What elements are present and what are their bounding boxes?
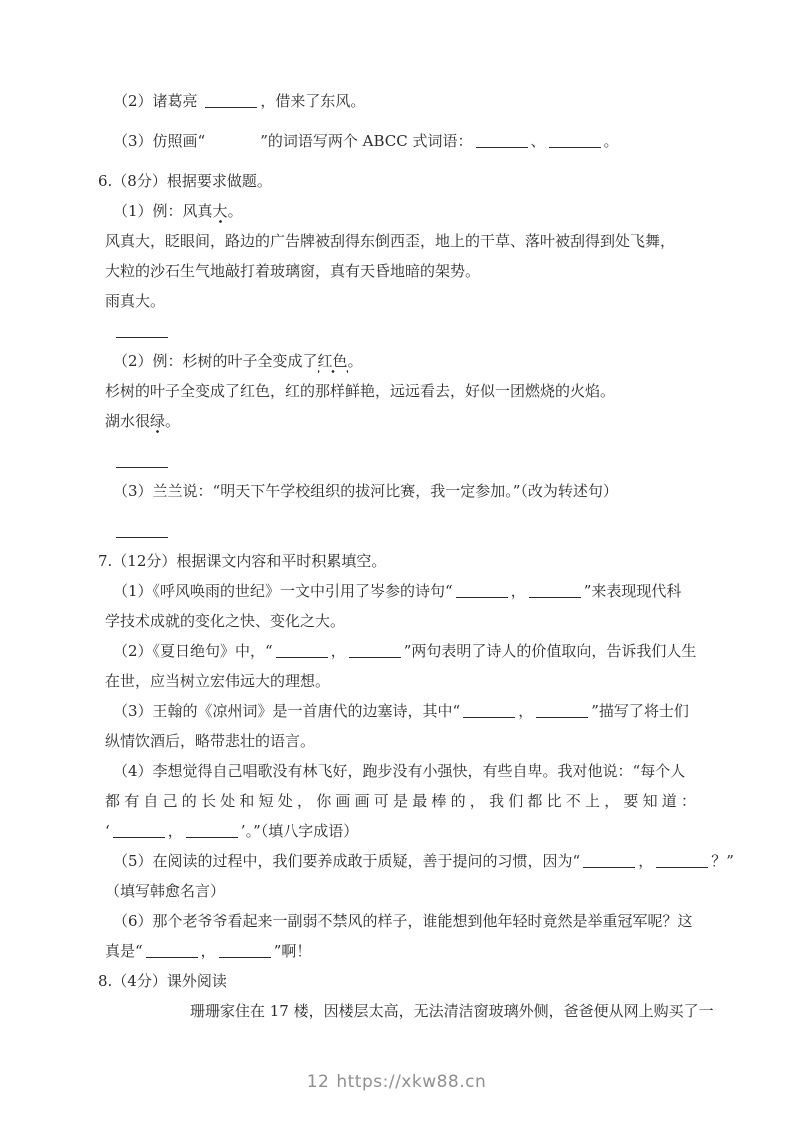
document-line <box>113 516 708 546</box>
document-line: 都有自己的长处和短处，你画画可是最棒的，我们都比不上，要知道： <box>105 786 708 816</box>
line-text: 。 <box>228 202 243 220</box>
line-text: ，借来了东风。 <box>260 92 365 110</box>
document-line: （2）例：杉树的叶子全变成了红色。 <box>113 346 708 376</box>
page-number: 12 <box>307 1072 330 1092</box>
document-line: ‘，’。”（填八字成语） <box>105 816 708 846</box>
document-line: 在世，应当树立宏伟远大的理想。 <box>105 666 708 696</box>
document-line <box>113 446 708 476</box>
document-line: （4）李想觉得自己唱歌没有林飞好，跑步没有小强快，有些自卑。我对他说：“每个人 <box>113 756 708 786</box>
line-text: 雨真大。 <box>105 292 165 310</box>
line-text: ， <box>638 852 653 870</box>
document-line: 雨真大。 <box>105 286 708 316</box>
emphasized-text: 大 <box>213 202 228 224</box>
answer-blank <box>219 944 271 958</box>
document-line: 湖水很绿。 <box>105 406 708 436</box>
line-text: 都有自己的长处和短处，你画画可是最棒的，我们都比不上，要知道： <box>105 792 700 810</box>
line-text: ”两句表明了诗人的价值取向，告诉我们人生 <box>404 642 697 660</box>
line-text: 大粒的沙石生气地敲打着玻璃窗，真有天昏地暗的架势。 <box>105 262 480 280</box>
line-text: 6.（8分）根据要求做题。 <box>98 172 272 190</box>
document-line: 风真大，眨眼间，路边的广告牌被刮得东倒西歪，地上的干草、落叶被刮得到处飞舞， <box>105 226 708 256</box>
document-line: 大粒的沙石生气地敲打着玻璃窗，真有天昏地暗的架势。 <box>105 256 708 286</box>
line-text: （2）例：杉树的叶子全变成了 <box>113 352 318 370</box>
document-line: （3）兰兰说：“明天下午学校组织的拔河比赛，我一定参加。”（改为转述句） <box>113 476 708 506</box>
line-text: （3）兰兰说：“明天下午学校组织的拔河比赛，我一定参加。”（改为转述句） <box>113 482 618 500</box>
emphasized-text: 红色 <box>318 352 348 374</box>
line-text: ， <box>331 642 346 660</box>
document-line: 纵情饮酒后，略带悲壮的语言。 <box>105 726 708 756</box>
line-text: 7.（12分）根据课文内容和平时积累填空。 <box>98 552 386 570</box>
line-text: （5）在阅读的过程中，我们要养成敢于质疑，善于提问的习惯，因为“ <box>113 852 580 870</box>
line-text: （3）仿照画“ <box>113 132 205 150</box>
document-line: 珊珊家住在 17 楼，因楼层太高，无法清洁窗玻璃外侧，爸爸便从网上购买了一 <box>190 996 708 1026</box>
document-line: 学技术成就的变化之快、变化之大。 <box>105 606 708 636</box>
line-text: 在世，应当树立宏伟远大的理想。 <box>105 672 330 690</box>
line-text: 真是“ <box>105 942 143 960</box>
line-text: 杉树的叶子全变成了红色，红的那样鲜艳，远远看去，好似一团燃烧的火焰。 <box>105 382 615 400</box>
line-text: （2）诸葛亮 <box>113 92 202 110</box>
page-footer: 12https://xkw88.cn <box>0 1072 793 1092</box>
wavy-underline-sample <box>205 134 260 148</box>
answer-blank <box>656 854 708 868</box>
answer-blank <box>549 134 601 148</box>
document-line: 7.（12分）根据课文内容和平时积累填空。 <box>98 546 708 576</box>
document-lines: （2）诸葛亮 ，借来了东风。（3）仿照画“ ”的词语写两个 ABCC 式词语：、… <box>98 86 708 1026</box>
document-line <box>113 316 708 346</box>
answer-blank <box>113 824 165 838</box>
line-text: ”啊！ <box>274 942 312 960</box>
line-text: 。 <box>165 412 180 430</box>
line-text: 湖水很 <box>105 412 150 430</box>
line-text: ”的词语写两个 ABCC 式词语： <box>260 132 472 150</box>
line-text: 、 <box>531 132 546 150</box>
line-text: 风真大，眨眼间，路边的广告牌被刮得东倒西歪，地上的干草、落叶被刮得到处飞舞， <box>105 232 675 250</box>
exam-page: （2）诸葛亮 ，借来了东风。（3）仿照画“ ”的词语写两个 ABCC 式词语：、… <box>0 0 793 1122</box>
answer-blank <box>205 94 257 108</box>
answer-blank <box>456 584 508 598</box>
answer-blank <box>276 644 328 658</box>
answer-blank <box>536 704 588 718</box>
line-text: ？” <box>711 852 734 870</box>
line-text: （填写韩愈名言） <box>105 882 225 900</box>
answer-blank <box>476 134 528 148</box>
line-text: ”来表现现代科 <box>584 582 682 600</box>
line-text: ”描写了将士们 <box>591 702 689 720</box>
document-line: 杉树的叶子全变成了红色，红的那样鲜艳，远远看去，好似一团燃烧的火焰。 <box>105 376 708 406</box>
document-line: （3）王翰的《凉州词》是一首唐代的边塞诗，其中“，”描写了将士们 <box>113 696 708 726</box>
line-text: 珊珊家住在 17 楼，因楼层太高，无法清洁窗玻璃外侧，爸爸便从网上购买了一 <box>190 1002 714 1020</box>
document-line: （2）《夏日绝句》中，“，”两句表明了诗人的价值取向，告诉我们人生 <box>113 636 708 666</box>
line-text: （6）那个老爷爷看起来一副弱不禁风的样子，谁能想到他年轻时竟然是举重冠军呢？这 <box>113 912 693 930</box>
document-line: （5）在阅读的过程中，我们要养成敢于质疑，善于提问的习惯，因为“，？” <box>113 846 708 876</box>
answer-blank <box>583 854 635 868</box>
line-text: （4）李想觉得自己唱歌没有林飞好，跑步没有小强快，有些自卑。我对他说：“每个人 <box>113 762 685 780</box>
line-text: ， <box>168 822 183 840</box>
answer-blank <box>116 324 168 338</box>
document-line: （1）例：风真大。 <box>113 196 708 226</box>
document-line: （3）仿照画“ ”的词语写两个 ABCC 式词语：、。 <box>113 126 708 156</box>
line-text: 学技术成就的变化之快、变化之大。 <box>105 612 345 630</box>
answer-blank <box>116 454 168 468</box>
line-text: 。 <box>604 132 619 150</box>
document-line: 真是“，”啊！ <box>105 936 708 966</box>
line-text: 。 <box>348 352 363 370</box>
line-text: 纵情饮酒后，略带悲壮的语言。 <box>105 732 315 750</box>
answer-blank <box>146 944 198 958</box>
line-text: ’。”（填八字成语） <box>241 822 358 840</box>
answer-blank <box>186 824 238 838</box>
line-text: （1）例：风真 <box>113 202 213 220</box>
answer-blank <box>529 584 581 598</box>
answer-blank <box>349 644 401 658</box>
emphasized-text: 绿 <box>150 412 165 434</box>
line-text: ， <box>201 942 216 960</box>
footer-url: https://xkw88.cn <box>336 1072 486 1092</box>
document-line: （6）那个老爷爷看起来一副弱不禁风的样子，谁能想到他年轻时竟然是举重冠军呢？这 <box>113 906 708 936</box>
document-line: （1）《呼风唤雨的世纪》一文中引用了岑参的诗句“，”来表现现代科 <box>113 576 708 606</box>
answer-blank <box>116 524 168 538</box>
answer-blank <box>463 704 515 718</box>
line-text: ‘ <box>105 822 110 840</box>
line-text: （2）《夏日绝句》中，“ <box>113 642 273 660</box>
line-text: 8.（4分）课外阅读 <box>98 972 227 990</box>
line-text: （1）《呼风唤雨的世纪》一文中引用了岑参的诗句“ <box>113 582 453 600</box>
line-text: ， <box>511 582 526 600</box>
document-line: 6.（8分）根据要求做题。 <box>98 166 708 196</box>
document-line: 8.（4分）课外阅读 <box>98 966 708 996</box>
line-text: ， <box>518 702 533 720</box>
document-line: （填写韩愈名言） <box>105 876 708 906</box>
line-text: （3）王翰的《凉州词》是一首唐代的边塞诗，其中“ <box>113 702 460 720</box>
document-line: （2）诸葛亮 ，借来了东风。 <box>113 86 708 116</box>
